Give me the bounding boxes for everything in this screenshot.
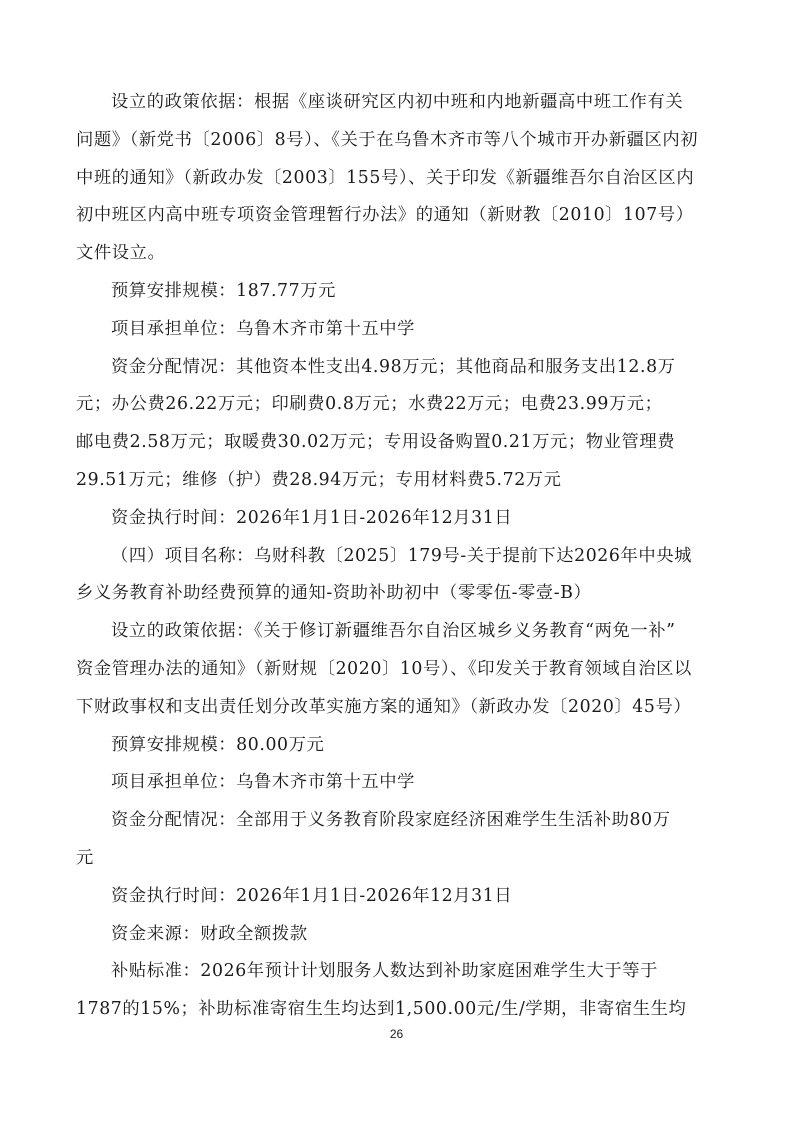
undertaking-unit-line: 项目承担单位：乌鲁木齐市第十五中学 (76, 311, 728, 349)
paragraph-line: 问题》（新党书〔2006〕8号）、《关于在乌鲁木齐市等八个城市开办新疆区内初 (76, 122, 728, 160)
fund-allocation-line: 资金分配情况：其他资本性支出4.98万元；其他商品和服务支出12.8万 (76, 349, 728, 387)
policy-basis-line: 设立的政策依据：《关于修订新疆维吾尔自治区城乡义务教育“两免一补” (76, 613, 728, 651)
paragraph-line: 文件设立。 (76, 235, 728, 273)
paragraph-line: 乡义务教育补助经费预算的通知-资助补助初中（零零伍-零壹-B） (76, 575, 728, 613)
subsidy-standard-line: 补贴标准：2026年预计计划服务人数达到补助家庭困难学生大于等于 (76, 953, 728, 991)
budget-scale-line: 预算安排规模：80.00万元 (76, 727, 728, 765)
paragraph-line: 设立的政策依据：根据《座谈研究区内初中班和内地新疆高中班工作有关 (76, 84, 728, 122)
paragraph-line: 1787的15%；补助标准寄宿生生均达到1,500.00元/生/学期，非寄宿生生… (76, 991, 728, 1029)
paragraph-line: 元 (76, 840, 728, 878)
execution-time-line: 资金执行时间：2026年1月1日-2026年12月31日 (76, 878, 728, 916)
paragraph-line: 元；办公费26.22万元；印刷费0.8万元；水费22万元；电费23.99万元； (76, 386, 728, 424)
paragraph-line: 邮电费2.58万元；取暖费30.02万元；专用设备购置0.21万元；物业管理费 (76, 424, 728, 462)
page-number: 26 (0, 1027, 793, 1041)
document-body: 设立的政策依据：根据《座谈研究区内初中班和内地新疆高中班工作有关 问题》（新党书… (76, 84, 728, 1029)
paragraph-line: 初中班区内高中班专项资金管理暂行办法》的通知（新财教〔2010〕107号） (76, 197, 728, 235)
paragraph-line: 中班的通知》（新政办发〔2003〕155号）、关于印发《新疆维吾尔自治区区内 (76, 160, 728, 198)
execution-time-line: 资金执行时间：2026年1月1日-2026年12月31日 (76, 500, 728, 538)
fund-allocation-line: 资金分配情况：全部用于义务教育阶段家庭经济困难学生生活补助80万 (76, 802, 728, 840)
project-title-line: （四）项目名称：乌财科教〔2025〕179号-关于提前下达2026年中央城 (76, 538, 728, 576)
paragraph-line: 下财政事权和支出责任划分改革实施方案的通知》（新政办发〔2020〕45号） (76, 689, 728, 727)
undertaking-unit-line: 项目承担单位：乌鲁木齐市第十五中学 (76, 764, 728, 802)
paragraph-line: 资金管理办法的通知》（新财规〔2020〕10号）、《印发关于教育领域自治区以 (76, 651, 728, 689)
paragraph-line: 29.51万元；维修（护）费28.94万元；专用材料费5.72万元 (76, 462, 728, 500)
fund-source-line: 资金来源：财政全额拨款 (76, 916, 728, 954)
budget-scale-line: 预算安排规模：187.77万元 (76, 273, 728, 311)
